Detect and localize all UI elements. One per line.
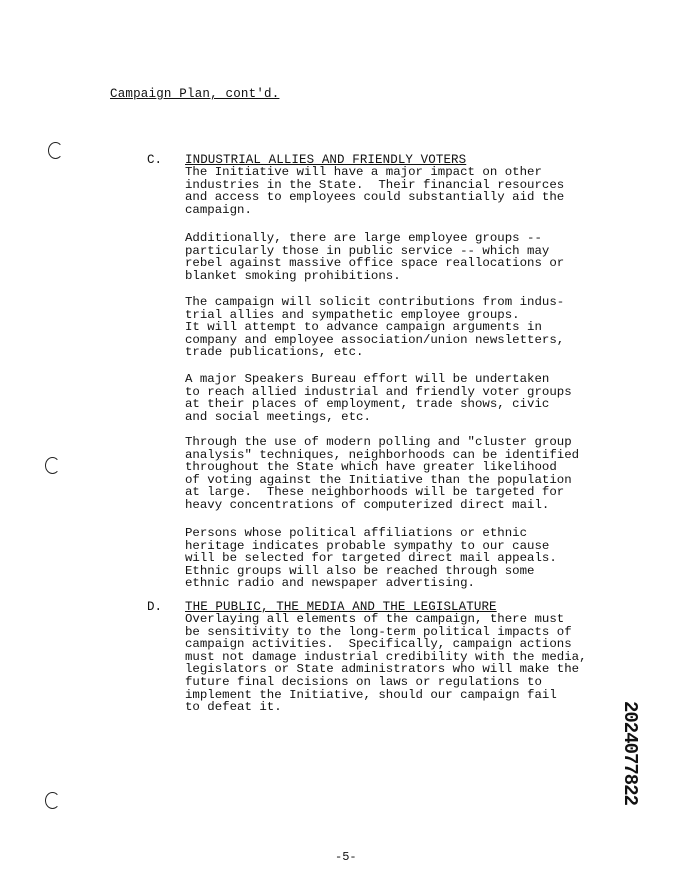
section-c-paragraph-6: Persons whose political affiliations or … xyxy=(185,527,605,590)
document-page: Campaign Plan, cont'd. C. INDUSTRIAL ALL… xyxy=(0,0,675,869)
section-c-paragraph-3: The campaign will solicit contributions … xyxy=(185,296,605,359)
section-c-paragraph-1: The Initiative will have a major impact … xyxy=(185,166,605,216)
section-c-paragraph-2: Additionally, there are large employee g… xyxy=(185,232,605,282)
page-number: -5- xyxy=(335,850,357,864)
hole-punch-bottom xyxy=(45,792,60,809)
section-c-letter: C. xyxy=(147,153,162,167)
section-c-paragraph-5: Through the use of modern polling and "c… xyxy=(185,436,605,512)
hole-punch-top xyxy=(48,142,63,159)
hole-punch-middle xyxy=(45,457,60,474)
bates-number: 2024077822 xyxy=(619,683,641,823)
page-header: Campaign Plan, cont'd. xyxy=(110,87,279,101)
section-d-paragraph-1: Overlaying all elements of the campaign,… xyxy=(185,613,605,714)
section-d-letter: D. xyxy=(147,600,162,614)
section-c-paragraph-4: A major Speakers Bureau effort will be u… xyxy=(185,373,605,423)
